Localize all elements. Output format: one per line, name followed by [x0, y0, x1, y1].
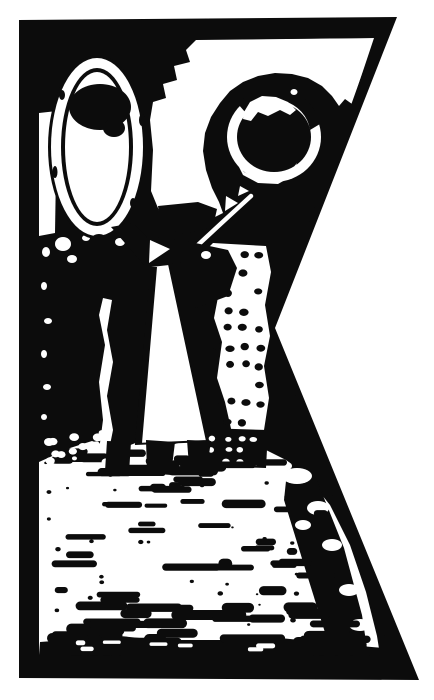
blade-tip-reflection-mid	[146, 440, 175, 475]
illustration-page	[0, 0, 434, 700]
blade-tip-reflection-left	[105, 441, 131, 473]
scissors-street-print	[0, 0, 434, 700]
pivot-screw-glint	[201, 251, 211, 259]
artwork-interior	[39, 38, 392, 657]
left-handle-thumb-shadow2	[103, 119, 125, 137]
blade-tip-reflection-right	[187, 440, 211, 468]
right-handle-glint-dot	[291, 89, 298, 95]
